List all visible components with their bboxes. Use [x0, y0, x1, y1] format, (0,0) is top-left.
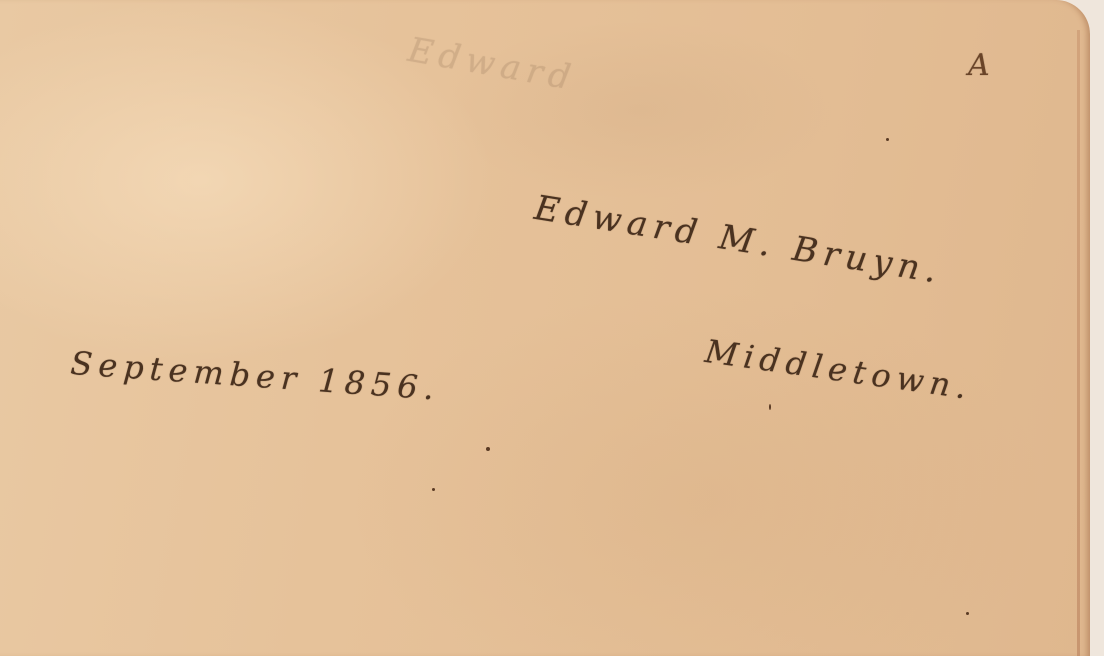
signature-name: Edward M. Bruyn.	[532, 188, 945, 292]
paper-sheet: Edward A Edward M. Bruyn. Middletown. Se…	[0, 0, 1090, 656]
ink-dot	[486, 447, 490, 451]
inscription-date: September 1856.	[69, 344, 441, 408]
ink-dot	[886, 138, 889, 141]
ink-dot	[432, 488, 435, 491]
ink-dot	[966, 612, 969, 615]
corner-mark: A	[968, 48, 990, 83]
ink-dot	[769, 404, 771, 410]
signature-place: Middletown.	[703, 332, 975, 407]
faded-inscription: Edward	[405, 30, 579, 99]
page-edge	[1077, 30, 1080, 656]
